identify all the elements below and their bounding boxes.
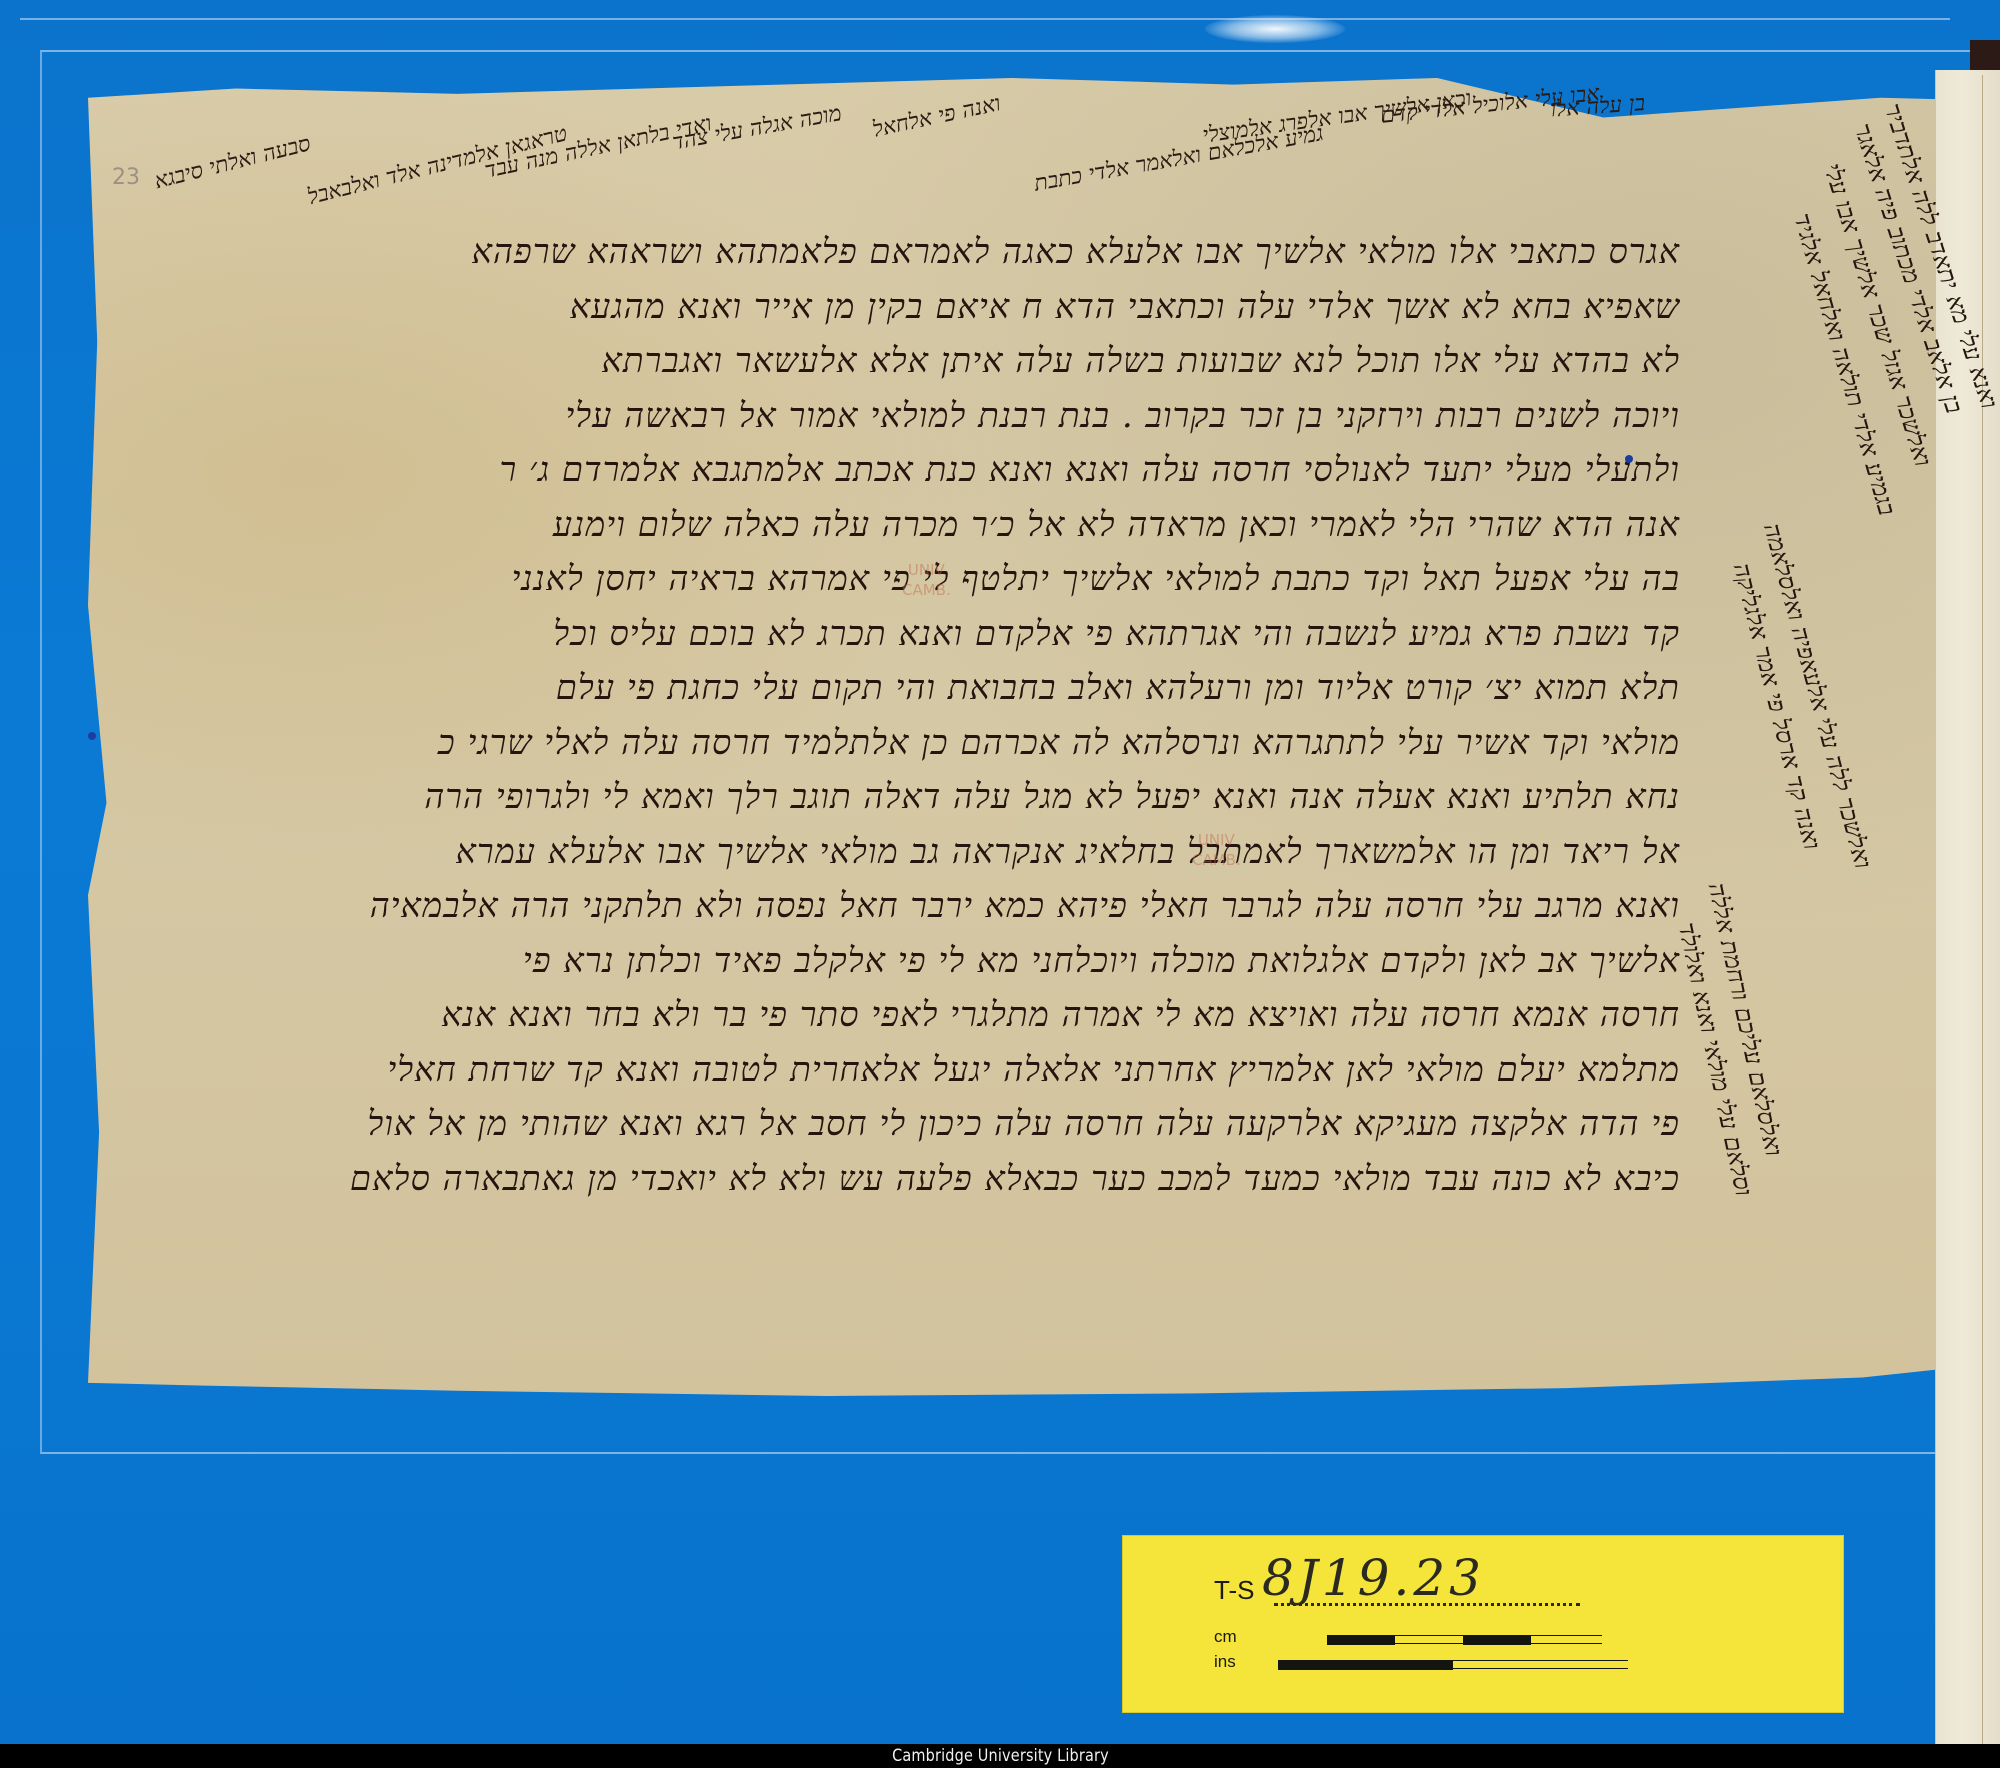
text-line: מתלמא יעלם מולאי לאן אלמריץ אחרתני אלאלה…	[120, 1043, 1680, 1098]
text-line: ואנא מרגב עלי חרסה עלה לגרבר חאלי פיהא כ…	[120, 879, 1680, 934]
library-stamp: UNIV CAMB.	[902, 560, 951, 600]
stamp-line: CAMB.	[902, 580, 951, 600]
text-line: אל ריאד ומן הו אלמשארך לאמתבל בחלאיג אנק…	[120, 825, 1680, 880]
stamp-line: CAMB.	[1192, 850, 1241, 870]
text-line: ויוכה לשנים רבות וירזקני בן זכר בקרוב . …	[120, 389, 1680, 444]
scale-bar-cm	[1327, 1635, 1602, 1647]
text-line: שאפיא בחא לא אשך אלדי עלה וכתאבי הדא ח א…	[120, 280, 1680, 335]
text-line: ולתעלי מעלי יתעד לאנולסי חרסה עלה ואנא ו…	[120, 443, 1680, 498]
mount-fold-line	[1982, 75, 1983, 1744]
text-line: אנה הדא שהרי הלי לאמרי וכאן מראדה לא אל …	[120, 498, 1680, 553]
margin-note: מוכה אגלה עלי צהד	[670, 100, 843, 155]
main-text: אגרס כתאבי אלו מולאי אלשיך אבו אלעלא כאג…	[120, 225, 1680, 1206]
scale-segment	[1531, 1635, 1602, 1644]
margin-note: ואנה פי אלחאל	[870, 90, 1003, 142]
label-shelfmark: 8J19.23	[1262, 1549, 1485, 1607]
ink-dot	[1625, 455, 1633, 463]
text-line: לא בהדא עלי אלו תוכל לנא שבועות בשלה עלה…	[120, 334, 1680, 389]
right-margin-notes: ואנא עלי מא יתאדב ללה אלתדביר בן אלאב אל…	[1690, 100, 1930, 1390]
text-line: פי הדה אלקצה מעגיקא אלרקעה עלה חרסה עלה …	[120, 1097, 1680, 1152]
scale-segment	[1278, 1660, 1453, 1670]
text-line: בה עלי אפעל תאל וקד כתבת למולאי אלשיך ית…	[120, 552, 1680, 607]
scale-segment	[1453, 1660, 1628, 1669]
margin-note: סבעה ואלתי סיבגא	[152, 130, 314, 194]
text-line: נחא תלתיע ואנא אעלה אנה ואנא יפעל לא מגל…	[120, 770, 1680, 825]
scale-segment	[1463, 1635, 1531, 1645]
binding-tab	[1970, 40, 2000, 70]
scale-cm-label: cm	[1214, 1627, 1237, 1647]
text-line: אגרס כתאבי אלו מולאי אלשיך אבו אלעלא כאג…	[120, 225, 1680, 280]
footer-credit: Cambridge University Library	[892, 1746, 1109, 1766]
library-stamp: UNIV CAMB.	[1192, 830, 1241, 870]
footer-bar: Cambridge University Library	[0, 1744, 2000, 1768]
ink-dot	[88, 732, 96, 740]
text-line: תלא תמוא יצ׳ קורט אליוד ומן ורעלהא ואלב …	[120, 661, 1680, 716]
light-glare	[1205, 15, 1345, 43]
text-line: קד נשבת פרא גמיע לנשבה והי אגרתהא פי אלק…	[120, 607, 1680, 662]
scale-ins-label: ins	[1214, 1652, 1236, 1672]
text-line: כיבא לא כונה עבד מולאי כמעד למכב כער כבא…	[120, 1152, 1680, 1207]
folio-number: 23	[112, 165, 140, 190]
text-line: מולאי וקד אשיר עלי לתתגרהא ונרסלהא לה אכ…	[120, 716, 1680, 771]
shelfmark-label: T-S 8J19.23 cm ins	[1122, 1535, 1844, 1713]
stamp-line: UNIV	[1192, 830, 1241, 850]
margin-note: בן עלה אלו	[1549, 90, 1646, 123]
text-line: אלשיך אב לאן ולקדם אלגלואת מוכלה ויוכלחנ…	[120, 934, 1680, 989]
scale-segment	[1327, 1635, 1395, 1645]
scale-bar-ins	[1278, 1660, 1628, 1672]
scale-segment	[1395, 1635, 1463, 1644]
plastic-sleeve-edge	[20, 18, 1950, 20]
stamp-line: UNIV	[902, 560, 951, 580]
text-line: חרסה אנמא חרסה עלה ואויצא מא לי אמרה מתל…	[120, 988, 1680, 1043]
label-prefix: T-S	[1214, 1575, 1254, 1606]
top-margin-notes: סבעה ואלתי סיבגא טראגאן אלמדינה אלד ואלב…	[150, 90, 1690, 230]
label-dotted-line	[1274, 1603, 1580, 1606]
